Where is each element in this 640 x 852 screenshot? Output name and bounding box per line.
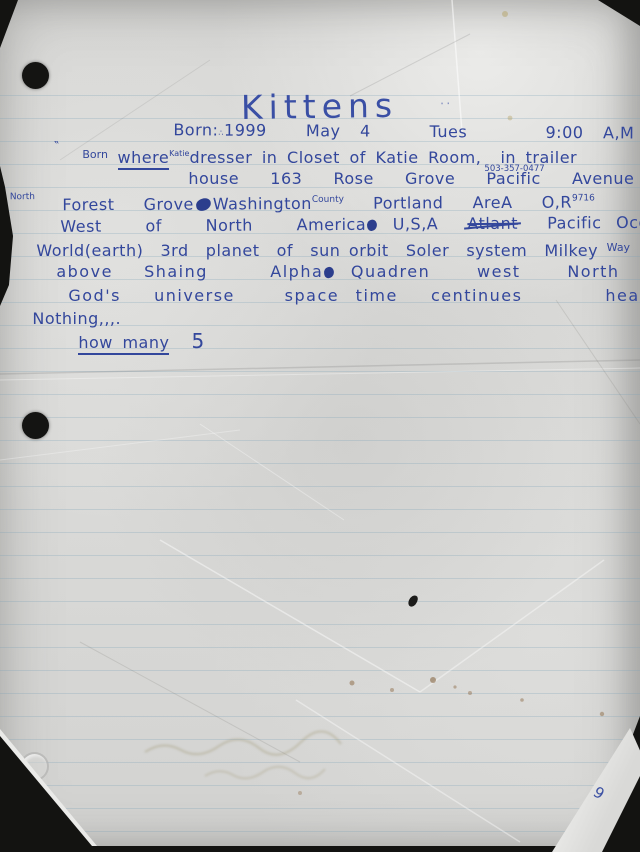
scanned-page: Kittens.. Born:∴1999 May 4 Tues 9:00 A,M… xyxy=(0,0,640,852)
line-how-many: how many5 xyxy=(40,310,205,374)
punch-hole-middle xyxy=(22,412,49,439)
how-many-answer: 5 xyxy=(191,329,204,353)
punch-hole-top xyxy=(22,62,49,89)
north-sup: North xyxy=(10,187,35,208)
born-where-small: Born xyxy=(82,148,108,161)
insert-caret-mark: ‶ xyxy=(54,137,59,158)
gods-universe-text: God's universe space time centinues heav… xyxy=(68,286,640,305)
bottom-scan-edge xyxy=(0,846,640,852)
how-many-question: how many xyxy=(78,333,169,355)
